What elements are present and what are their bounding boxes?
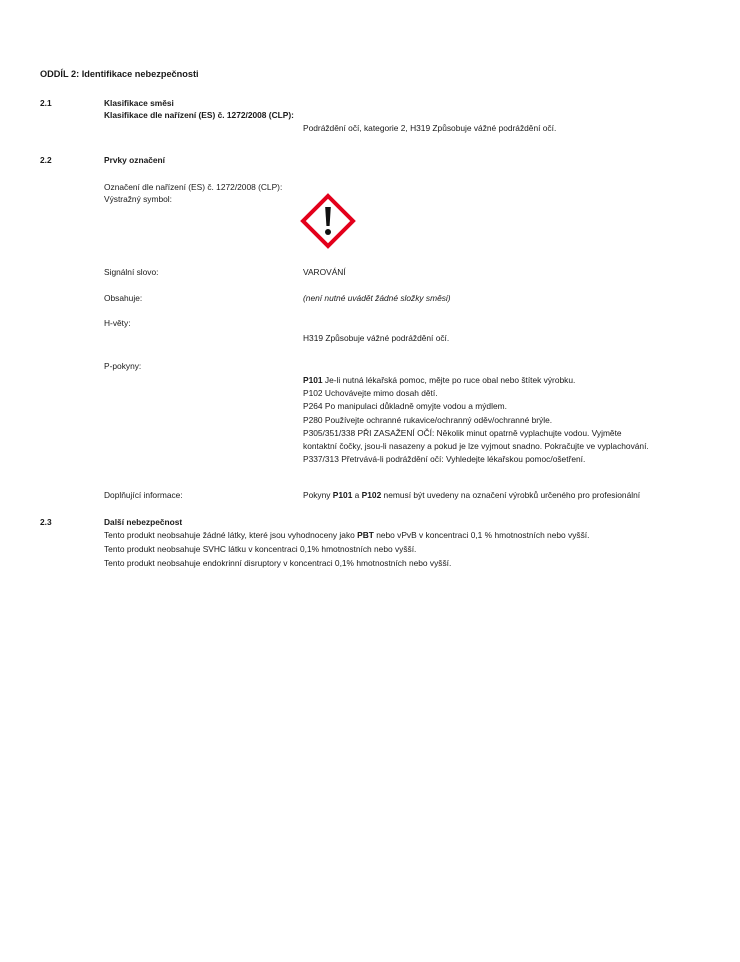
signal-word-value: VAROVÁNÍ — [303, 266, 346, 278]
section-2-2-heading: Prvky označení — [104, 154, 165, 166]
p-statement: P337/313 Přetrvává-li podráždění očí: Vy… — [303, 453, 649, 466]
section-2-3-number: 2.3 — [40, 516, 52, 528]
p-statement-continuation: kontaktní čočky, jsou-li nasazeny a poku… — [303, 440, 649, 453]
h-statements-label: H-věty: — [104, 317, 131, 329]
p-code: P280 — [303, 415, 323, 425]
section-2-1-number: 2.1 — [40, 97, 52, 109]
p-statement: P305/351/338 PŘI ZASAŽENÍ OČÍ: Několik m… — [303, 427, 649, 440]
p-statement: P101 Je-li nutná lékařská pomoc, mějte p… — [303, 374, 649, 387]
p-statements-label: P-pokyny: — [104, 360, 141, 372]
other-hazard-line: Tento produkt neobsahuje žádné látky, kt… — [104, 529, 589, 541]
p-code: P102 — [303, 388, 323, 398]
exclamation-mark-hazard-icon — [300, 193, 356, 249]
p-statement: P102 Uchovávejte mimo dosah dětí. — [303, 387, 649, 400]
clp-label: Označení dle nařízení (ES) č. 1272/2008 … — [104, 181, 282, 193]
section-2-1-heading: Klasifikace směsi — [104, 97, 174, 109]
p-statements-list: P101 Je-li nutná lékařská pomoc, mějte p… — [303, 374, 649, 466]
classification-text: Podráždění očí, kategorie 2, H319 Způsob… — [303, 122, 556, 134]
additional-info-value: Pokyny P101 a P102 nemusí být uvedeny na… — [303, 489, 640, 501]
p-code: P305/351/338 — [303, 428, 355, 438]
contains-label: Obsahuje: — [104, 292, 142, 304]
section-2-2-number: 2.2 — [40, 154, 52, 166]
section-2-3-heading: Další nebezpečnost — [104, 516, 182, 528]
p-statement: P264 Po manipulaci důkladně omyjte vodou… — [303, 400, 649, 413]
p-code: P101 — [303, 375, 323, 385]
p-statement: P280 Používejte ochranné rukavice/ochran… — [303, 414, 649, 427]
p-code: P264 — [303, 401, 323, 411]
section-title: ODDÍL 2: Identifikace nebezpečnosti — [40, 68, 199, 80]
other-hazard-line: Tento produkt neobsahuje SVHC látku v ko… — [104, 543, 416, 555]
signal-word-label: Signální slovo: — [104, 266, 158, 278]
section-2-1-subheading: Klasifikace dle nařízení (ES) č. 1272/20… — [104, 109, 294, 121]
other-hazard-line: Tento produkt neobsahuje endokrinní disr… — [104, 557, 451, 569]
additional-info-label: Doplňující informace: — [104, 489, 183, 501]
contains-value: (není nutné uvádět žádné složky směsi) — [303, 292, 451, 304]
pictogram-label: Výstražný symbol: — [104, 193, 172, 205]
h-statement: H319 Způsobuje vážné podráždění očí. — [303, 332, 449, 344]
p-code: P337/313 — [303, 454, 339, 464]
